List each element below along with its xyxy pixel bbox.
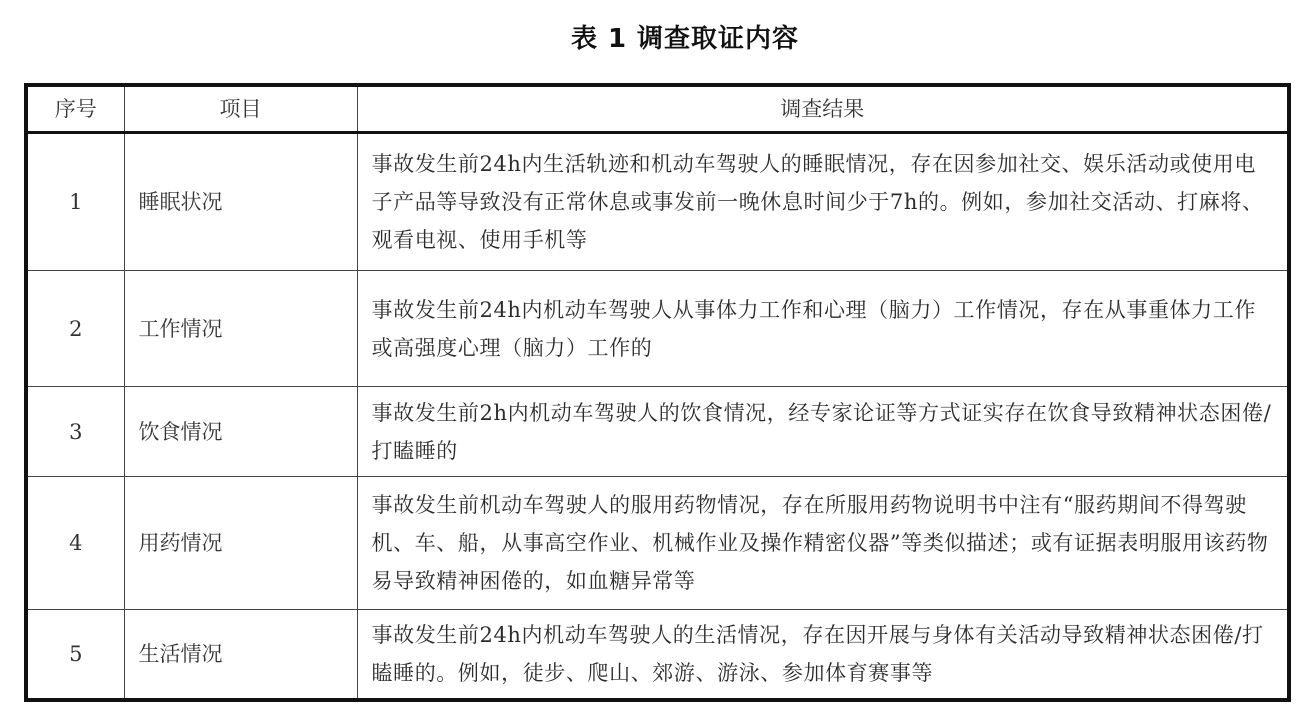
header-row: 序号 项目 调查结果 [26, 85, 1289, 133]
evidence-table: 序号 项目 调查结果 1 睡眠状况 事故发生前24h内生活轨迹和机动车驾驶人的睡… [24, 83, 1291, 702]
row-result: 事故发生前24h内生活轨迹和机动车驾驶人的睡眠情况，存在因参加社交、娱乐活动或使… [357, 133, 1289, 271]
row-result: 事故发生前机动车驾驶人的服用药物情况，存在所服用药物说明书中注有“服药期间不得驾… [357, 477, 1289, 610]
row-item: 饮食情况 [124, 387, 357, 477]
table-row: 4 用药情况 事故发生前机动车驾驶人的服用药物情况，存在所服用药物说明书中注有“… [26, 477, 1289, 610]
row-index: 3 [26, 387, 124, 477]
row-result: 事故发生前24h内机动车驾驶人的生活情况，存在因开展与身体有关活动导致精神状态困… [357, 610, 1289, 700]
table-row: 3 饮食情况 事故发生前2h内机动车驾驶人的饮食情况，经专家论证等方式证实存在饮… [26, 387, 1289, 477]
row-item: 用药情况 [124, 477, 357, 610]
row-index: 1 [26, 133, 124, 271]
header-result: 调查结果 [357, 85, 1289, 133]
header-item: 项目 [124, 85, 357, 133]
table-caption: 表1调查取证内容 [0, 18, 1314, 55]
table-row: 1 睡眠状况 事故发生前24h内生活轨迹和机动车驾驶人的睡眠情况，存在因参加社交… [26, 133, 1289, 271]
row-item: 工作情况 [124, 271, 357, 387]
caption-title: 调查取证内容 [637, 24, 799, 54]
table-row: 5 生活情况 事故发生前24h内机动车驾驶人的生活情况，存在因开展与身体有关活动… [26, 610, 1289, 700]
caption-number: 1 [608, 24, 627, 54]
header-index: 序号 [26, 85, 124, 133]
row-item: 生活情况 [124, 610, 357, 700]
row-index: 2 [26, 271, 124, 387]
row-item: 睡眠状况 [124, 133, 357, 271]
row-index: 4 [26, 477, 124, 610]
caption-prefix: 表 [571, 24, 598, 54]
row-result: 事故发生前2h内机动车驾驶人的饮食情况，经专家论证等方式证实存在饮食导致精神状态… [357, 387, 1289, 477]
row-index: 5 [26, 610, 124, 700]
row-result: 事故发生前24h内机动车驾驶人从事体力工作和心理（脑力）工作情况，存在从事重体力… [357, 271, 1289, 387]
table-row: 2 工作情况 事故发生前24h内机动车驾驶人从事体力工作和心理（脑力）工作情况，… [26, 271, 1289, 387]
